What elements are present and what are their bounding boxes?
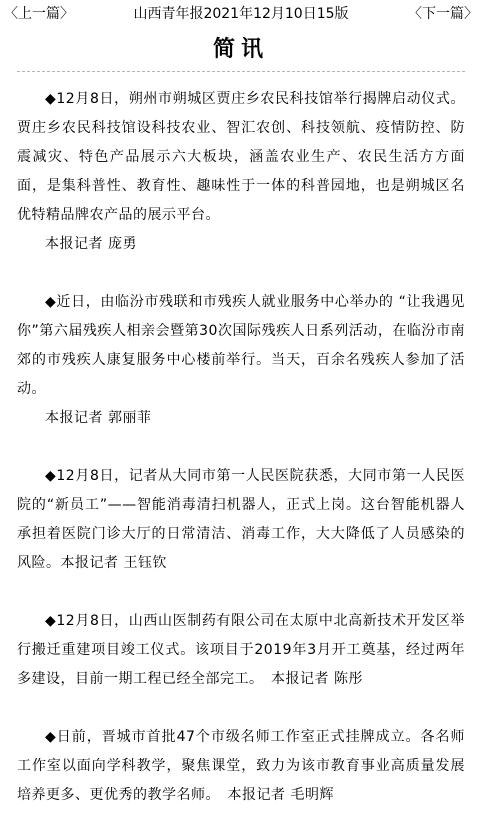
news-paragraph: ◆12月8日，山西山医制药有限公司在太原中北高新技术开发区举行搬迁重建项目竣工仪… [17,607,465,694]
news-paragraph: ◆12月8日，记者从大同市第一人民医院获悉，大同市第一人民医院的“新员工”——智… [17,462,465,578]
prev-article-link[interactable]: 〈上一篇〉 [4,6,74,23]
news-item: ◆近日，由临汾市残联和市残疾人就业服务中心举办的 “让我遇见你”第六届残疾人相亲… [17,288,465,433]
title-divider [17,71,465,72]
news-item: ◆12月8日，朔州市朔城区贾庄乡农民科技馆举行揭牌启动仪式。贾庄乡农民科技馆设科… [17,85,465,259]
news-paragraph: ◆12月8日，朔州市朔城区贾庄乡农民科技馆举行揭牌启动仪式。贾庄乡农民科技馆设科… [17,85,465,230]
top-nav: 〈上一篇〉 山西青年报2021年12月10日15版 〈下一篇〉 [4,6,478,23]
article-page: 〈上一篇〉 山西青年报2021年12月10日15版 〈下一篇〉 简讯 ◆12月8… [0,0,482,828]
news-item: ◆日前，晋城市首批47个市级名师工作室正式挂牌成立。各名师工作室以面向学科教学，… [17,723,465,810]
next-article-link[interactable]: 〈下一篇〉 [408,6,478,23]
news-item: ◆12月8日，山西山医制药有限公司在太原中北高新技术开发区举行搬迁重建项目竣工仪… [17,607,465,694]
news-paragraph: ◆日前，晋城市首批47个市级名师工作室正式挂牌成立。各名师工作室以面向学科教学，… [17,723,465,810]
reporter-line: 本报记者 庞勇 [17,230,465,259]
article-content: ◆12月8日，朔州市朔城区贾庄乡农民科技馆举行揭牌启动仪式。贾庄乡农民科技馆设科… [17,85,465,810]
publication-date-line: 山西青年报2021年12月10日15版 [74,6,408,23]
news-item: ◆12月8日，记者从大同市第一人民医院获悉，大同市第一人民医院的“新员工”——智… [17,462,465,578]
article-title: 简讯 [4,38,478,62]
news-paragraph: ◆近日，由临汾市残联和市残疾人就业服务中心举办的 “让我遇见你”第六届残疾人相亲… [17,288,465,404]
article-body-area: ◆12月8日，朔州市朔城区贾庄乡农民科技馆举行揭牌启动仪式。贾庄乡农民科技馆设科… [4,71,478,810]
reporter-line: 本报记者 郭丽菲 [17,404,465,433]
